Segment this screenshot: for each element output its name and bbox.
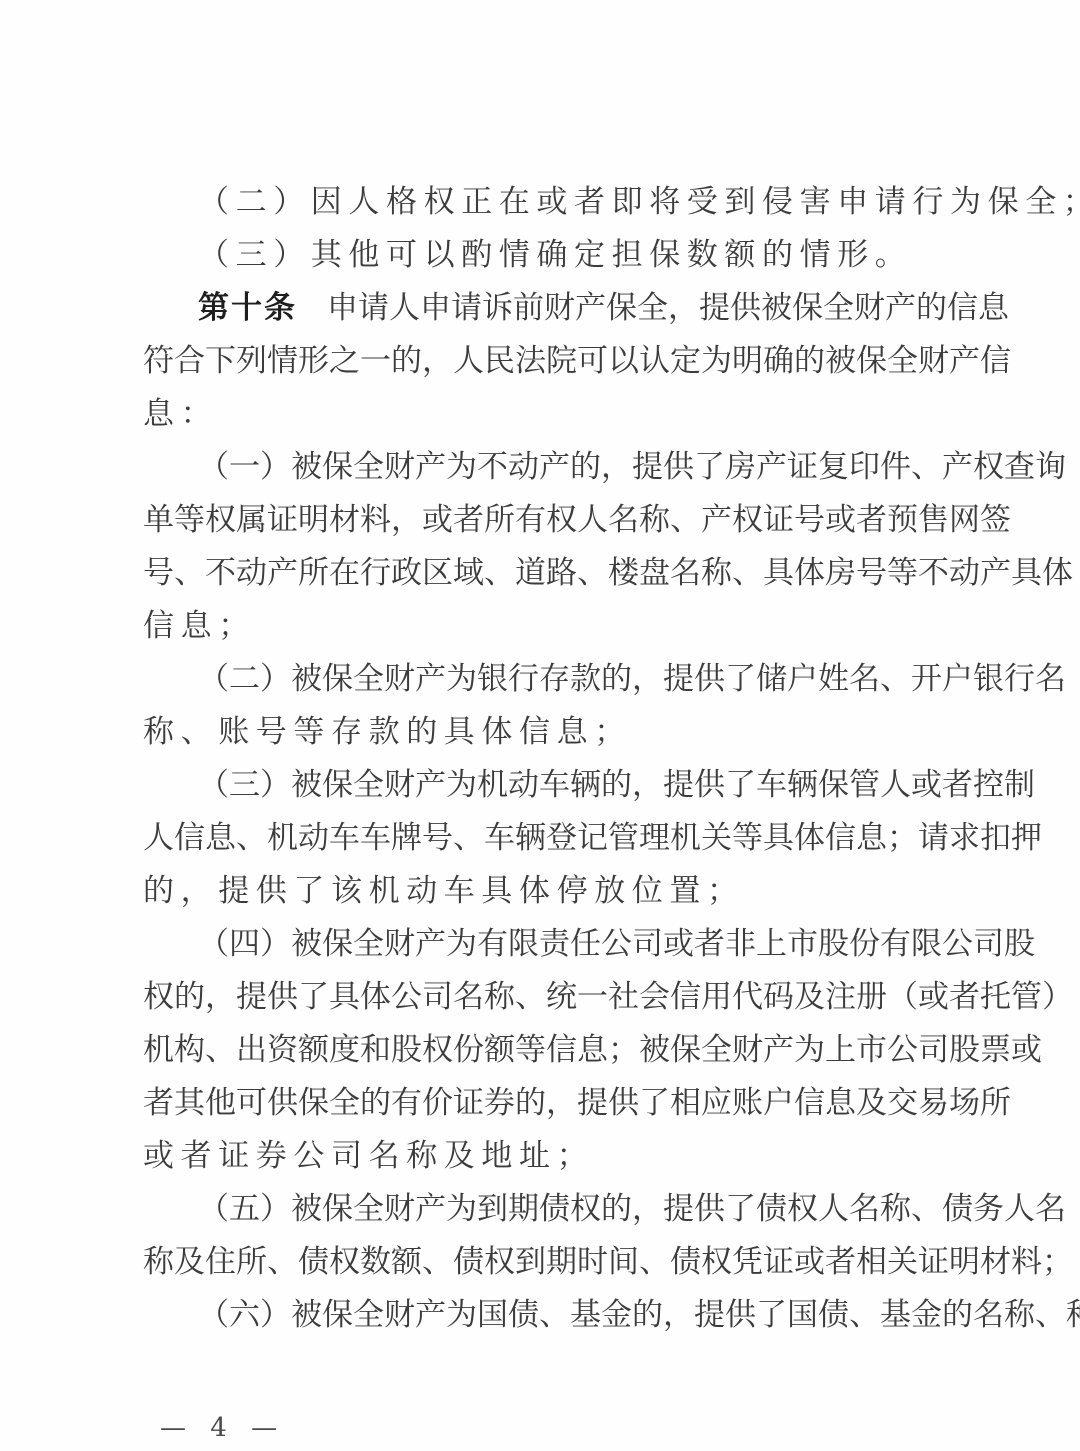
- text-line: 者其他可供保全的有价证券的，提供了相应账户信息及交易场所: [143, 1077, 929, 1129]
- document-page: （二）因人格权正在或者即将受到侵害申请行为保全； （三）其他可以酌情确定担保数额…: [0, 0, 1080, 1451]
- text-line-article-10-heading: 第十条申请人申请诉前财产保全，提供被保全财产的信息: [198, 282, 929, 334]
- page-number: — 4 —: [160, 1410, 285, 1446]
- text-line: 机构、出资额度和股权份额等信息；被保全财产为上市公司股票或: [143, 1024, 929, 1076]
- article-label: 第十条: [198, 290, 297, 326]
- text-line: 号、不动产所在行政区域、道路、楼盘名称、具体房号等不动产具体: [143, 547, 929, 599]
- text-line: 人信息、机动车车牌号、车辆登记管理机关等具体信息；请求扣押: [143, 812, 929, 864]
- text-line: 息：: [143, 388, 929, 440]
- text-line: 称、账号等存款的具体信息；: [143, 706, 929, 758]
- text-line-clause-3-other-cases: （三）其他可以酌情确定担保数额的情形。: [198, 229, 929, 281]
- text-line-item-5-due-claims: （五）被保全财产为到期债权的，提供了债权人名称、债务人名: [198, 1183, 929, 1235]
- text-line-item-2-bank-deposit: （二）被保全财产为银行存款的，提供了储户姓名、开户银行名: [198, 653, 929, 705]
- text-line-clause-2-personality-rights: （二）因人格权正在或者即将受到侵害申请行为保全；: [198, 176, 929, 228]
- article-10-text: 申请人申请诉前财产保全，提供被保全财产的信息: [327, 290, 1009, 326]
- text-line: 单等权属证明材料，或者所有权人名称、产权证号或者预售网签: [143, 494, 929, 546]
- text-line-item-1-real-estate: （一）被保全财产为不动产的，提供了房产证复印件、产权查询: [198, 441, 929, 493]
- text-line-item-3-motor-vehicle: （三）被保全财产为机动车辆的，提供了车辆保管人或者控制: [198, 759, 929, 811]
- text-line: 的，提供了该机动车具体停放位置；: [143, 865, 929, 917]
- text-line-item-4-equity: （四）被保全财产为有限责任公司或者非上市股份有限公司股: [198, 918, 929, 970]
- text-line: 信息；: [143, 600, 929, 652]
- text-line: 权的，提供了具体公司名称、统一社会信用代码及注册（或者托管）: [143, 971, 929, 1023]
- text-line-item-6-bonds-funds: （六）被保全财产为国债、基金的，提供了国债、基金的名称、种: [198, 1289, 929, 1341]
- text-line: 或者证券公司名称及地址；: [143, 1130, 929, 1182]
- text-line: 符合下列情形之一的，人民法院可以认定为明确的被保全财产信: [143, 335, 929, 387]
- text-line: 称及住所、债权数额、债权到期时间、债权凭证或者相关证明材料；: [143, 1236, 929, 1288]
